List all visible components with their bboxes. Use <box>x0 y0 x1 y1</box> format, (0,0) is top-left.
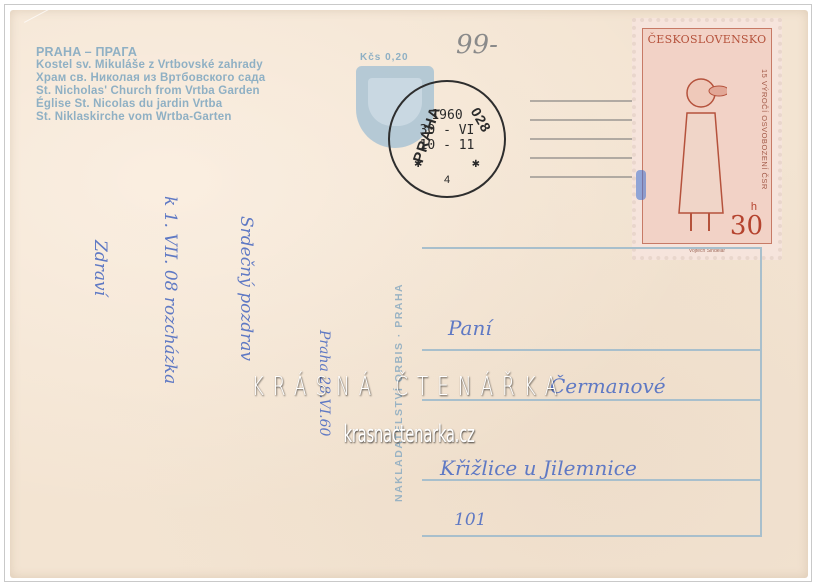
message-signature: Zdraví <box>90 240 110 360</box>
ink-blot <box>636 170 646 200</box>
girl-drinking-icon <box>673 63 727 233</box>
caption-line: St. Niklaskirche vom Wrtba-Garten <box>36 111 265 124</box>
postage-stamp: ČESKOSLOVENSKO 15 VÝROČÍ OSVOBOZENÍ ČSR … <box>632 18 782 260</box>
postmark-date: 1960 30 - VI 10 - 11 <box>390 108 504 153</box>
caption-line: Église St. Nicolas du jardin Vrtba <box>36 98 265 111</box>
address-line-3: Křižlice u Jilemnice <box>440 456 637 480</box>
caption-line: Kostel sv. Mikuláše z Vrtbovské zahrady <box>36 59 265 72</box>
postcard: PRAHA – ПРАГА Kostel sv. Mikuláše z Vrtb… <box>10 10 808 578</box>
postmark-number: 4 <box>390 174 504 186</box>
stamp-country: ČESKOSLOVENSKO <box>643 33 771 46</box>
printed-caption: PRAHA – ПРАГА Kostel sv. Mikuláše z Vrtb… <box>36 46 265 124</box>
message-line: k 1. VII. 08 rozcházka <box>160 196 180 496</box>
caption-title: PRAHA – ПРАГА <box>36 46 265 59</box>
watermark-url: krasnactenarka.cz <box>162 420 657 448</box>
stamp-side-text: 15 VÝROČÍ OSVOBOZENÍ ČSR <box>760 69 769 190</box>
watermark-title: KRÁSNÁ ČTENÁŘKA <box>130 372 689 402</box>
postmark: PRAHA 028 1960 30 - VI 10 - 11 ✱✱ 4 <box>388 80 506 198</box>
stamp-value: 30 <box>730 211 763 241</box>
caption-line: St. Nicholas' Church from Vrtba Garden <box>36 85 265 98</box>
address-line-4: 101 <box>454 510 486 530</box>
caption-line: Храм св. Николая из Вртбовского сада <box>36 72 265 85</box>
address-line-1: Paní <box>448 316 492 340</box>
imprint-value: Kčs 0,20 <box>360 52 409 63</box>
paper-crease <box>24 10 83 49</box>
pencil-price-note: 99- <box>456 30 498 60</box>
postmark-stars: ✱✱ <box>414 159 480 170</box>
